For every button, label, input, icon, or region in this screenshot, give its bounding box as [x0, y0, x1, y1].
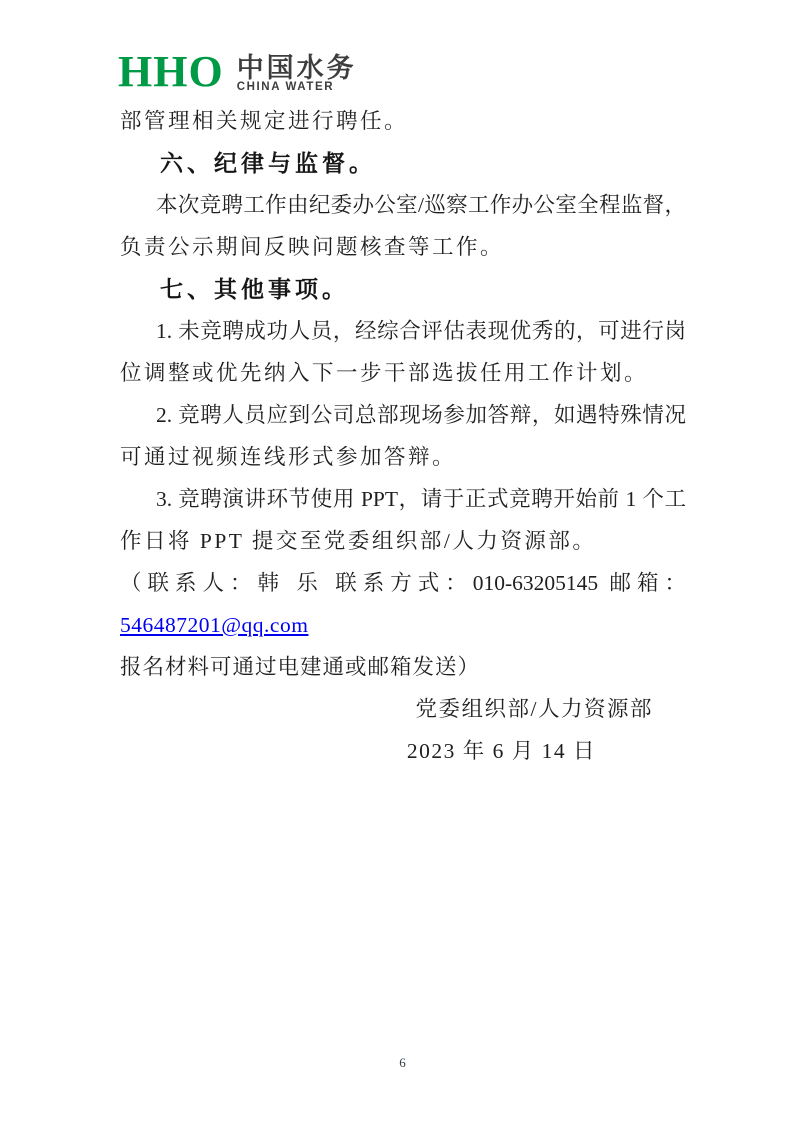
signature-department: 党委组织部/人力资源部	[120, 688, 686, 730]
company-name-en: CHINA WATER	[237, 81, 357, 94]
body-line-item1: 1. 未竞聘成功人员，经综合评估表现优秀的，可进行岗	[120, 310, 686, 352]
contact-info-line2: 546487201@qq.com报名材料可通过电建通或邮箱发送）	[120, 604, 686, 646]
document-page: HHO 中国水务 CHINA WATER 部管理相关规定进行聘任。 六、纪律与监…	[0, 0, 805, 1139]
contact-info-line: （联系人：韩 乐 联系方式：010-63205145 邮箱：	[120, 562, 686, 604]
body-line: 本次竞聘工作由纪委办公室/巡察工作办公室全程监督，	[120, 184, 686, 226]
page-number: 6	[0, 1055, 805, 1071]
body-line: 负责公示期间反映问题核查等工作。	[120, 226, 686, 268]
body-line: 作日将 PPT 提交至党委组织部/人力资源部。	[120, 520, 686, 562]
company-logo: HHO 中国水务 CHINA WATER	[118, 52, 357, 94]
logo-brand-mark: HHO	[118, 52, 224, 92]
email-link[interactable]: 546487201@qq.com	[120, 613, 308, 637]
company-name-cn: 中国水务	[237, 56, 357, 81]
section-heading-other-matters: 七、其他事项。	[120, 268, 686, 310]
section-heading-discipline: 六、纪律与监督。	[120, 142, 686, 184]
body-line: 位调整或优先纳入下一步干部选拔任用工作计划。	[120, 352, 686, 394]
body-line: 可通过视频连线形式参加答辩。	[120, 436, 686, 478]
body-line-item3: 3. 竞聘演讲环节使用 PPT，请于正式竞聘开始前 1 个工	[120, 478, 686, 520]
signature-date: 2023 年 6 月 14 日	[120, 730, 686, 772]
contact-info-tail: 报名材料可通过电建通或邮箱发送）	[120, 655, 480, 679]
body-line-continuation: 部管理相关规定进行聘任。	[120, 100, 686, 142]
body-line-item2: 2. 竞聘人员应到公司总部现场参加答辩，如遇特殊情况	[120, 394, 686, 436]
logo-text-block: 中国水务 CHINA WATER	[237, 52, 357, 94]
document-body: 部管理相关规定进行聘任。 六、纪律与监督。 本次竞聘工作由纪委办公室/巡察工作办…	[120, 100, 686, 772]
